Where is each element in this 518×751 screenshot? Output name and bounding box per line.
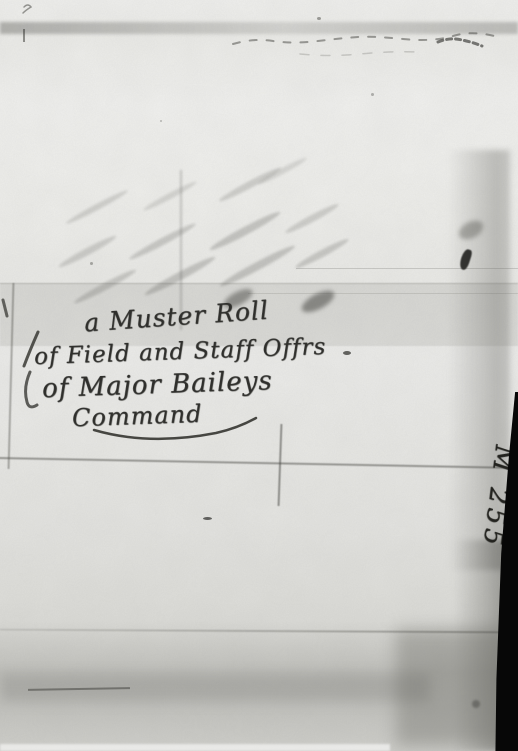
squiggle-top-left xyxy=(23,5,31,13)
faint-scribble-second xyxy=(300,52,420,56)
faint-scribble-top-dark xyxy=(438,39,482,46)
cutoff-letter-fragment xyxy=(3,300,7,316)
scanned-document-page: a Muster Roll of Field and Staff Offrs o… xyxy=(0,0,518,751)
handwriting-line-4: Command xyxy=(72,400,203,433)
cutoff-letter-fragment xyxy=(26,372,37,407)
